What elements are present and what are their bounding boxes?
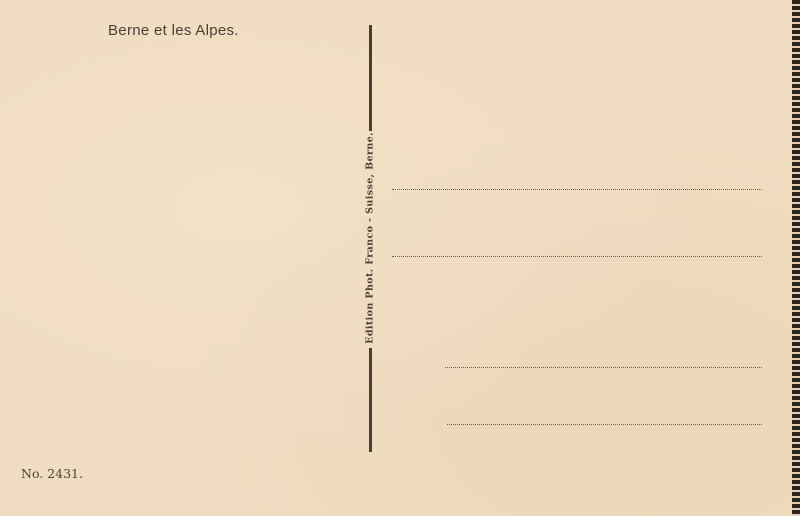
divider-line-bottom — [369, 348, 372, 452]
divider-line-top — [369, 25, 372, 131]
postcard-back: Berne et les Alpes. Edition Phot. Franco… — [0, 0, 794, 516]
address-line-2 — [392, 256, 762, 257]
postcard-title: Berne et les Alpes. — [108, 22, 239, 39]
perforated-edge — [792, 0, 800, 516]
card-number: No. 2431. — [21, 466, 83, 481]
address-line-4 — [447, 424, 762, 425]
publisher-credit: Edition Phot. Franco - Suisse, Berne. — [365, 132, 376, 344]
address-line-3 — [445, 367, 762, 368]
address-line-1 — [392, 189, 762, 190]
